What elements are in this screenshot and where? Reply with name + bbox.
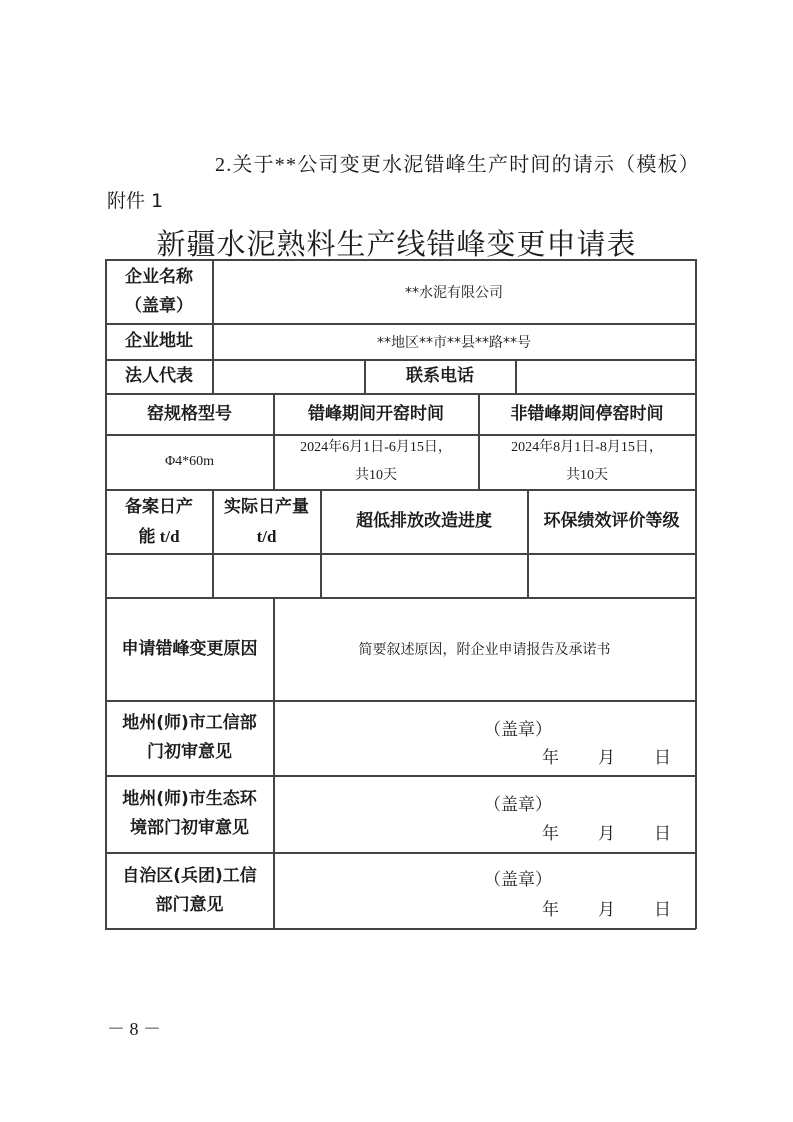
date-year-label: 年 [542, 743, 559, 768]
table-border-bottom [105, 928, 696, 930]
registered-capacity-unit: 能 t/d [138, 522, 179, 551]
legal-rep-field[interactable] [213, 360, 364, 393]
seal-placeholder: （盖章） [484, 715, 552, 740]
kiln-model-header: 窑规格型号 [106, 394, 273, 434]
ultra-low-emission-header: 超低排放改造进度 [321, 490, 527, 553]
offpeak-stop-days: 共10天 [566, 462, 608, 490]
date-month-label: 月 [598, 743, 615, 768]
approval-label-line1: 自治区(兵团)工信 [122, 862, 257, 891]
approval-label-line2: 门初审意见 [147, 738, 232, 767]
env-performance-grade-header: 环保绩效评价等级 [528, 490, 695, 553]
date-day-label: 日 [654, 895, 671, 920]
company-name-field[interactable]: **水泥有限公司 [213, 260, 695, 323]
peak-open-days: 共10天 [355, 462, 397, 490]
form-title: 新疆水泥熟料生产线错峰变更申请表 [0, 222, 793, 263]
table-border-right [695, 259, 697, 929]
peak-open-header: 错峰期间开窑时间 [274, 394, 478, 434]
date-day-label: 日 [654, 819, 671, 844]
offpeak-stop-header: 非错峰期间停窑时间 [479, 394, 695, 434]
autonomous-region-industry-label: 自治区(兵团)工信 部门意见 [106, 853, 273, 928]
approval-label-line1: 地州(师)市工信部 [122, 709, 257, 738]
actual-output-header: 实际日产量 t/d [213, 490, 320, 553]
date-month-label: 月 [598, 819, 615, 844]
date-year-label: 年 [542, 895, 559, 920]
seal-placeholder: （盖章） [484, 790, 552, 815]
company-seal-label-text: （盖章） [125, 292, 193, 321]
company-address-field[interactable]: **地区**市**县**路**号 [213, 324, 695, 359]
contact-phone-field[interactable] [516, 360, 695, 393]
registered-capacity-field[interactable] [106, 554, 212, 597]
page-number: － 8 － [107, 1015, 161, 1041]
document-heading: 2.关于**公司变更水泥错峰生产时间的请示（模板） [215, 148, 700, 177]
registered-capacity-header: 备案日产 能 t/d [106, 490, 212, 553]
autonomous-region-industry-field[interactable]: （盖章） 年 月 日 [274, 853, 695, 928]
contact-phone-label: 联系电话 [365, 360, 515, 393]
date-day-label: 日 [654, 743, 671, 768]
offpeak-stop-field[interactable]: 2024年8月1日-8月15日， 共10天 [479, 435, 695, 489]
approval-label-line2: 境部门初审意见 [130, 814, 249, 843]
peak-open-field[interactable]: 2024年6月1日-6月15日， 共10天 [274, 435, 478, 489]
seal-placeholder: （盖章） [484, 865, 552, 890]
prefecture-eco-review-field[interactable]: （盖章） 年 月 日 [274, 776, 695, 852]
approval-label-line2: 部门意见 [156, 891, 224, 920]
attachment-label: 附件 1 [107, 186, 163, 213]
company-name-label: 企业名称 （盖章） [106, 260, 212, 323]
prefecture-eco-review-label: 地州(师)市生态环 境部门初审意见 [106, 776, 273, 852]
env-performance-grade-field[interactable] [528, 554, 695, 597]
actual-output-field[interactable] [213, 554, 320, 597]
prefecture-industry-review-field[interactable]: （盖章） 年 月 日 [274, 701, 695, 775]
legal-rep-label: 法人代表 [106, 360, 212, 393]
registered-capacity-text: 备案日产 [125, 493, 193, 522]
change-reason-field[interactable]: 简要叙述原因，附企业申请报告及承诺书 [274, 598, 695, 700]
peak-open-dates: 2024年6月1日-6月15日， [300, 434, 452, 462]
approval-label-line1: 地州(师)市生态环 [122, 785, 257, 814]
ultra-low-emission-field[interactable] [321, 554, 527, 597]
prefecture-industry-review-label: 地州(师)市工信部 门初审意见 [106, 701, 273, 775]
offpeak-stop-dates: 2024年8月1日-8月15日， [511, 434, 663, 462]
date-year-label: 年 [542, 819, 559, 844]
date-month-label: 月 [598, 895, 615, 920]
actual-output-text: 实际日产量 [224, 493, 309, 522]
actual-output-unit: t/d [257, 522, 277, 551]
company-address-label: 企业地址 [106, 324, 212, 359]
kiln-model-field[interactable]: Φ4*60m [106, 435, 273, 489]
change-reason-label: 申请错峰变更原因 [106, 598, 273, 700]
company-name-label-text: 企业名称 [125, 263, 193, 292]
